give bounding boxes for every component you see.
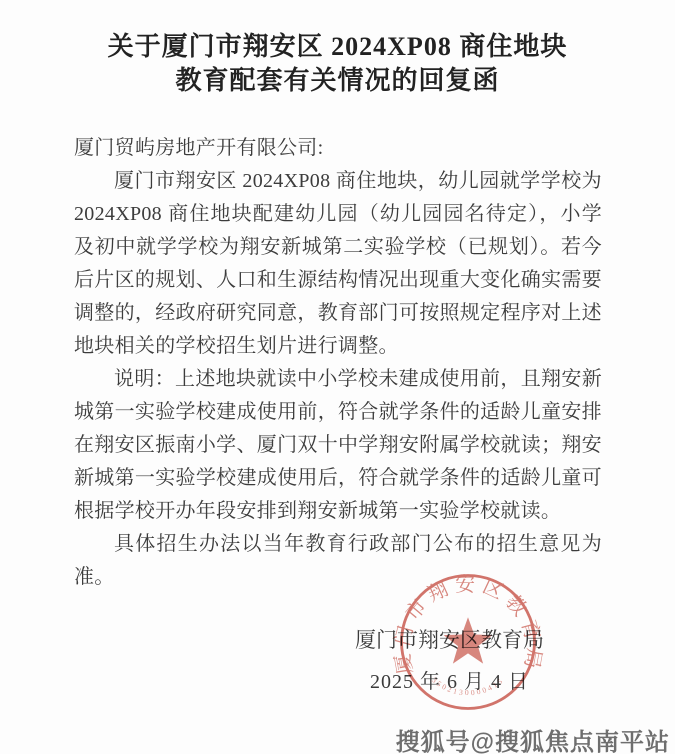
- document-body: 厦门贸屿房地产开有限公司: 厦门市翔安区 2024XP08 商住地块，幼儿园就学…: [74, 132, 602, 594]
- signature-block: 厦门市翔安区教育局 2025 年 6 月 4 日: [322, 624, 577, 694]
- body-paragraph-2: 说明：上述地块就读中小学校未建成使用前，且翔安新城第一实验学校建成使用前，符合就…: [74, 363, 602, 528]
- signature-date: 2025 年 6 月 4 日: [322, 665, 577, 694]
- signature-issuer: 厦门市翔安区教育局: [322, 624, 577, 654]
- title-line-1: 关于厦门市翔安区 2024XP08 商住地块: [0, 30, 675, 64]
- body-paragraph-1: 厦门市翔安区 2024XP08 商住地块，幼儿园就学学校为 2024XP08 商…: [74, 165, 602, 363]
- title-line-2: 教育配套有关情况的回复函: [0, 64, 675, 98]
- recipient-line: 厦门贸屿房地产开有限公司:: [74, 132, 602, 165]
- document-title: 关于厦门市翔安区 2024XP08 商住地块 教育配套有关情况的回复函: [0, 30, 675, 98]
- watermark: 搜狐号@搜狐焦点南平站: [396, 722, 670, 754]
- body-paragraph-3: 具体招生办法以当年教育行政部门公布的招生意见为准。: [74, 528, 602, 594]
- document-page: 关于厦门市翔安区 2024XP08 商住地块 教育配套有关情况的回复函 厦门贸屿…: [0, 0, 675, 754]
